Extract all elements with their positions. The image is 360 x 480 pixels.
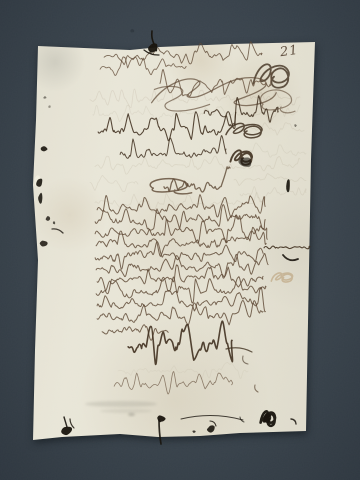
header-line-2 [100,55,187,76]
bleedthrough-line-10 [118,362,248,379]
left-edge-speck-1 [41,146,48,151]
bottom-dot-row [128,413,135,416]
bottom-scratch-curve [181,415,243,420]
closing-signature [128,321,233,365]
margin-speck [294,124,297,127]
top-edge-ink-blot [148,43,157,52]
page-number: 21 [279,43,299,60]
margin-tick-mark [286,179,290,192]
left-edge-speck-6 [40,241,48,247]
margin-scratch-hook [283,255,298,260]
bottom-smudge-2 [100,409,152,413]
paragraph-line-7 [97,263,264,294]
manuscript-scan-photo: 21 [0,0,360,480]
header-line-1 [104,41,262,66]
bleedthrough-line-1 [90,89,300,108]
bleedthrough-line-9 [240,187,306,202]
left-edge-dot-2 [48,105,50,108]
paragraph-line-6 [96,253,269,281]
bleedthrough-line-6 [90,175,138,191]
paragraph-line-11 [102,324,168,341]
top-blot-stem [152,31,154,44]
left-edge-dash [52,229,63,233]
bottom-blot-bird [207,425,215,432]
background-fleck [130,29,134,32]
bleedthrough-line-4 [95,156,300,174]
bottom-drip-line [159,420,161,444]
bottom-dot [192,430,195,432]
left-edge-speck-4 [46,216,51,221]
margin-scratch-line [264,246,310,249]
paragraph-line-5 [95,239,264,270]
bottom-blot-k [61,427,72,435]
bleedthrough-line-7 [234,174,306,186]
large-word-script [164,167,230,192]
postscript-tick [255,385,258,392]
margin-monogram [271,272,293,283]
bleedthrough-line-5 [238,143,306,157]
bottom-blot-k-stem2 [70,419,74,428]
left-edge-speck-3 [38,193,42,204]
bottom-blot-k-stem1 [64,417,67,427]
name-line-2 [120,135,227,159]
left-edge-dot-1 [43,96,46,98]
handwriting-ink-layer [0,0,360,480]
left-edge-speck-5 [53,221,55,224]
signature-flick [243,356,248,364]
bottom-bird-flick [210,421,216,426]
paragraph-line-10 [97,300,264,328]
bottom-l-mark [291,419,296,424]
name-2-ink-blob [238,157,251,166]
bottom-smudge-1 [85,401,157,407]
secretary-signature [204,95,279,127]
